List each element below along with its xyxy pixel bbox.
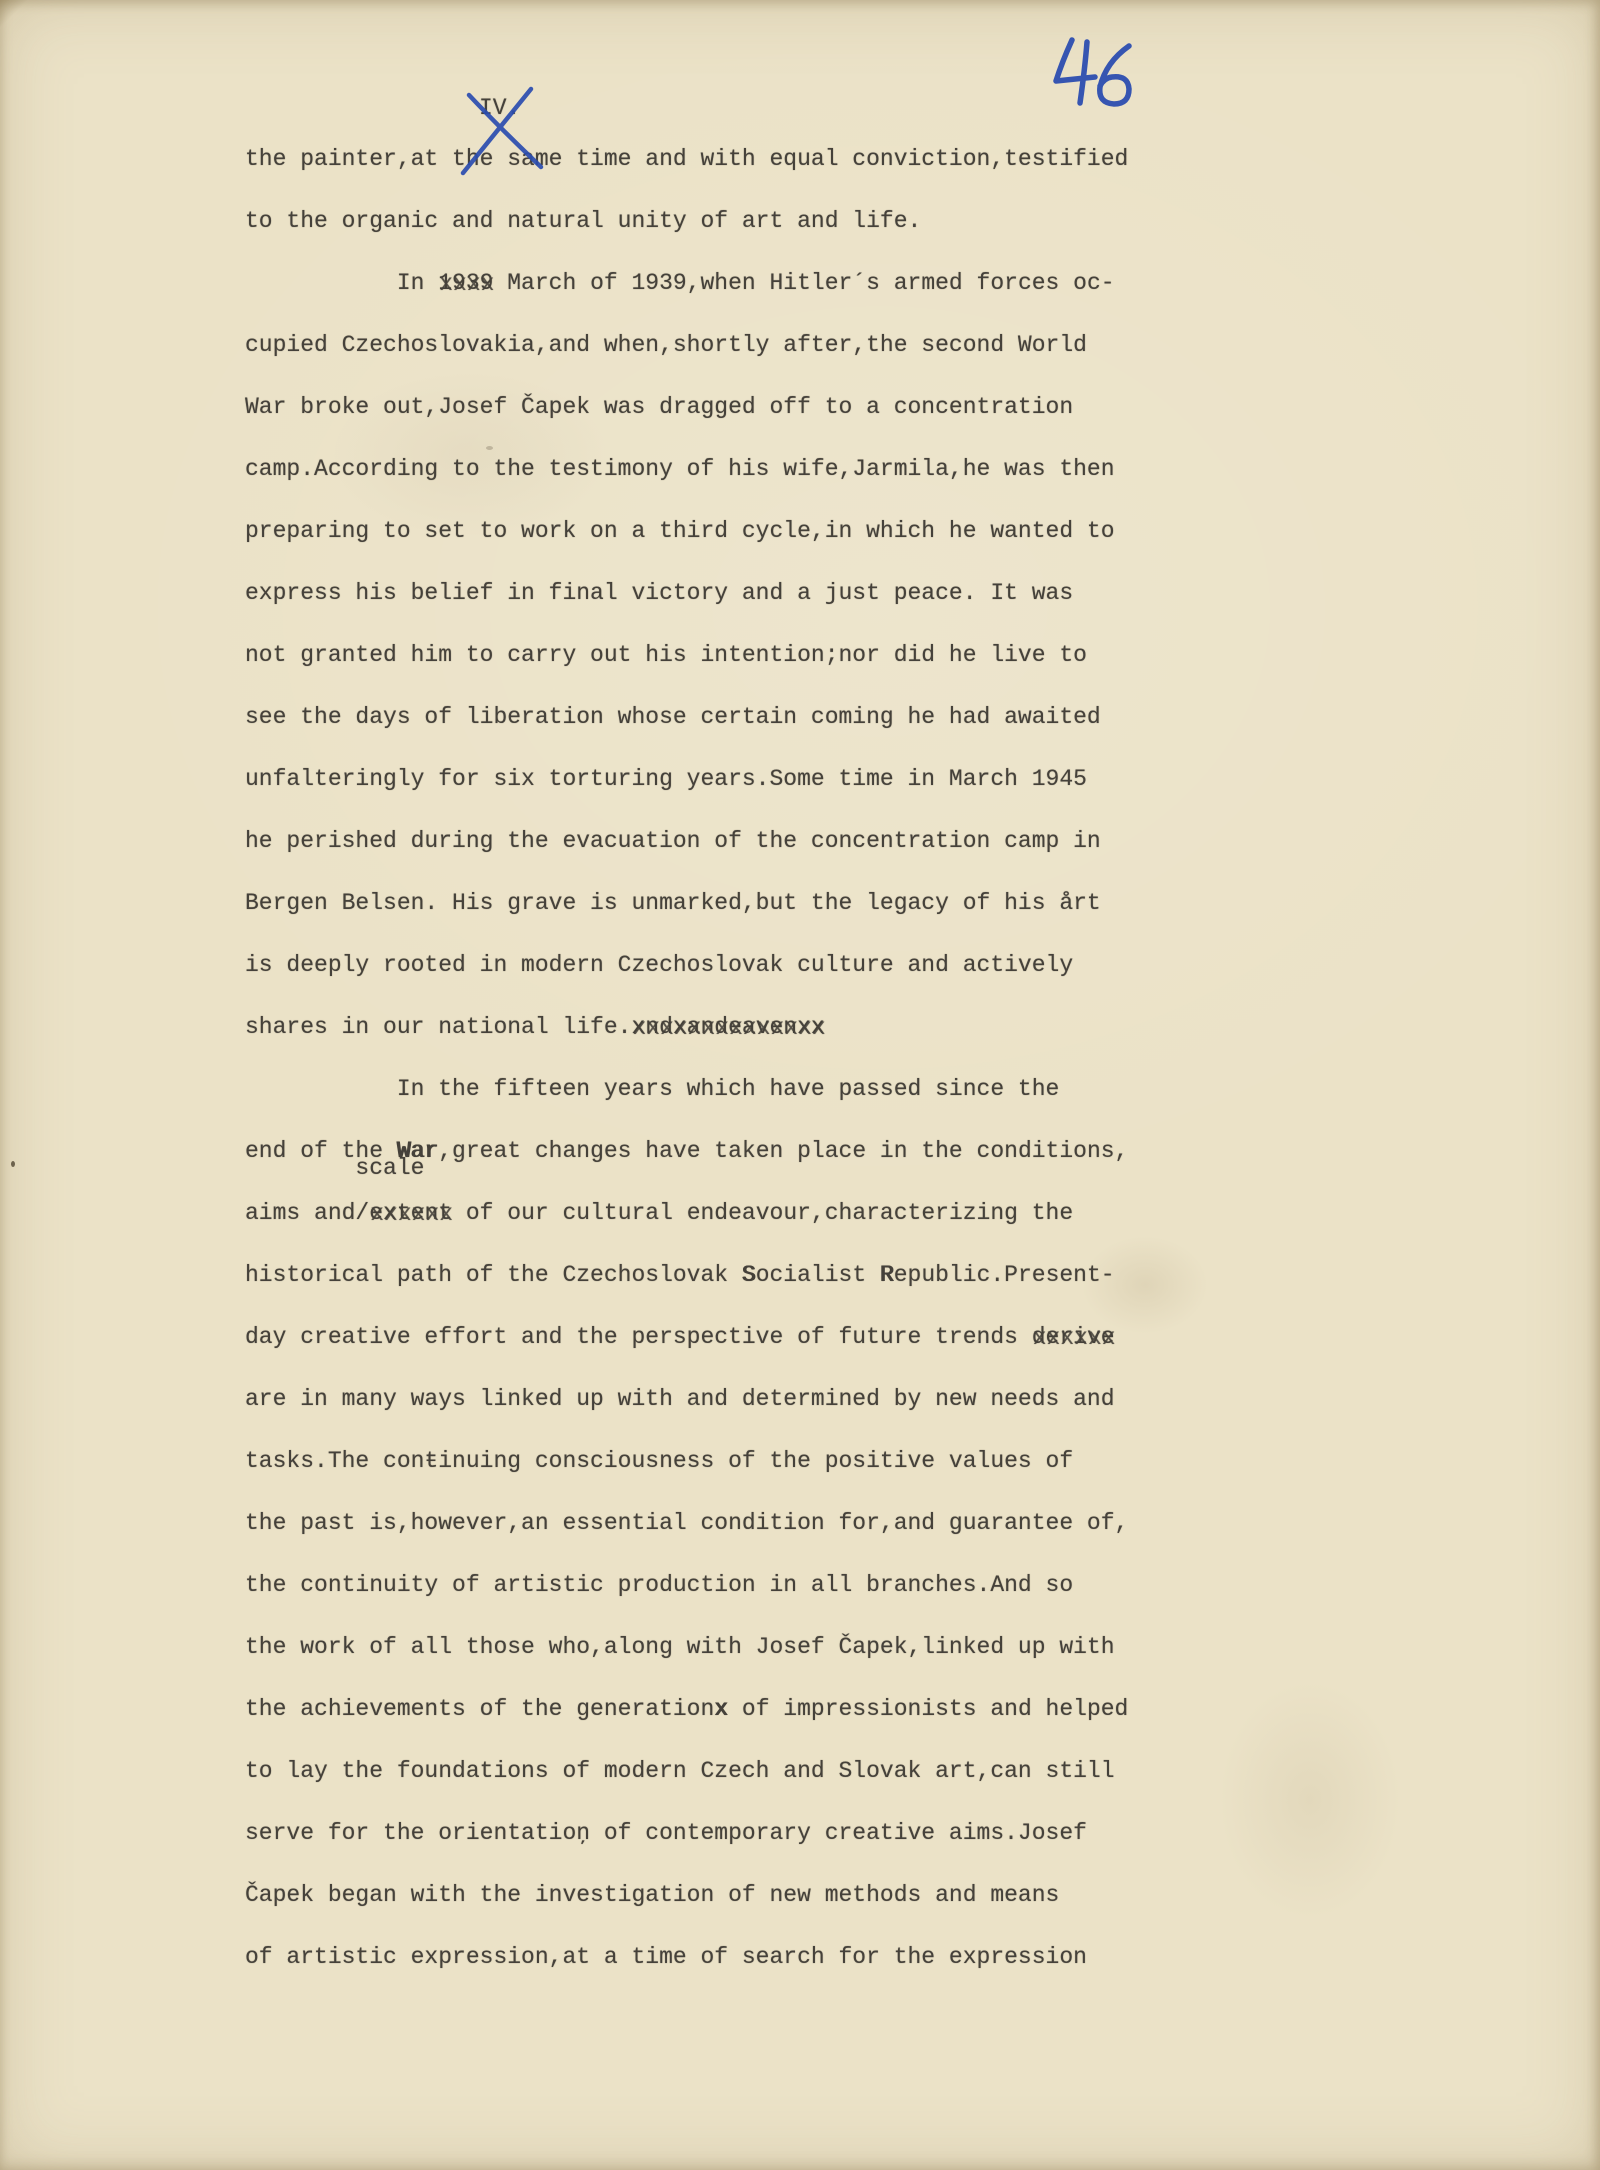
typed-strikeout: 1939 xyxy=(438,252,493,314)
text-line: preparing to set to work on a third cycl… xyxy=(245,500,1128,562)
text-line: historical path of the Czechoslovak Soci… xyxy=(245,1244,1128,1306)
text-line: the work of all those who,along with Jos… xyxy=(245,1616,1128,1678)
text-line: Bergen Belsen. His grave is unmarked,but… xyxy=(245,872,1128,934)
typed-text: of our cultural endeavour,characterizing… xyxy=(452,1200,1073,1226)
typed-text: preparing to set to work on a third cycl… xyxy=(245,518,1115,544)
typed-text: tasks.The conŧinuing consciousness of th… xyxy=(245,1448,1073,1474)
typed-text: serve for the orientatioņ of contemporar… xyxy=(245,1820,1087,1846)
typed-text: to the organic and natural unity of art … xyxy=(245,208,921,234)
typed-text: not granted him to carry out his intenti… xyxy=(245,642,1087,668)
interlinear-insertion: scale xyxy=(245,1156,424,1180)
typed-text: he perished during the evacuation of the… xyxy=(245,828,1101,854)
typed-text: express his belief in final victory and … xyxy=(245,580,1073,606)
text-line: serve for the orientatioņ of contemporar… xyxy=(245,1802,1128,1864)
typed-text: ,great changes have taken place in the c… xyxy=(438,1138,1128,1164)
double-struck-text: S xyxy=(742,1262,756,1288)
text-line: not granted him to carry out his intenti… xyxy=(245,624,1128,686)
typed-text: the past is,however,an essential conditi… xyxy=(245,1510,1128,1536)
typed-text: to lay the foundations of modern Czech a… xyxy=(245,1758,1115,1784)
typed-text: are in many ways linked up with and dete… xyxy=(245,1386,1115,1412)
text-line: of artistic expression,at a time of sear… xyxy=(245,1926,1128,1988)
typed-text: the work of all those who,along with Jos… xyxy=(245,1634,1115,1660)
text-line: the painter,at the same time and with eq… xyxy=(245,128,1128,190)
text-line: see the days of liberation whose certain… xyxy=(245,686,1128,748)
typed-text: Bergen Belsen. His grave is unmarked,but… xyxy=(245,890,1101,916)
text-line: to the organic and natural unity of art … xyxy=(245,190,1128,252)
text-line: the achievements of the generationx of i… xyxy=(245,1678,1128,1740)
typed-strikeout: derive xyxy=(1032,1306,1115,1368)
typed-text: of artistic expression,at a time of sear… xyxy=(245,1944,1087,1970)
text-line: War broke out,Josef Čapek was dragged of… xyxy=(245,376,1128,438)
typed-text: of impressionists and helped xyxy=(728,1696,1128,1722)
typed-text: day creative effort and the perspective … xyxy=(245,1324,1032,1350)
text-line: camp.According to the testimony of his w… xyxy=(245,438,1128,500)
typed-text: Čapek began with the investigation of ne… xyxy=(245,1882,1059,1908)
text-line: scaleaims and/extent of our cultural end… xyxy=(245,1182,1128,1244)
text-line: he perished during the evacuation of the… xyxy=(245,810,1128,872)
text-line: to lay the foundations of modern Czech a… xyxy=(245,1740,1128,1802)
text-line: Čapek began with the investigation of ne… xyxy=(245,1864,1128,1926)
text-line: cupied Czechoslovakia,and when,shortly a… xyxy=(245,314,1128,376)
chapter-mark: IV. xyxy=(479,88,520,128)
text-line: tasks.The conŧinuing consciousness of th… xyxy=(245,1430,1128,1492)
typewritten-text: the painter,at the same time and with eq… xyxy=(245,128,1128,1988)
double-struck-text: R xyxy=(880,1262,894,1288)
typed-text: the continuity of artistic production in… xyxy=(245,1572,1073,1598)
double-struck-text: x xyxy=(714,1696,728,1722)
typed-text: March of 1939,when Hitler´s armed forces… xyxy=(493,270,1114,296)
typed-text: historical path of the Czechoslovak xyxy=(245,1262,742,1288)
text-line: the continuity of artistic production in… xyxy=(245,1554,1128,1616)
typed-text: In xyxy=(245,270,438,296)
typed-text: shares in our national life. xyxy=(245,1014,631,1040)
typed-text: the achievements of the generation xyxy=(245,1696,714,1722)
typed-text: camp.According to the testimony of his w… xyxy=(245,456,1115,482)
typed-text: aims and/ xyxy=(245,1200,369,1226)
typed-text: see the days of liberation whose certain… xyxy=(245,704,1101,730)
typed-strikeout: extent xyxy=(369,1182,452,1244)
text-line: day creative effort and the perspective … xyxy=(245,1306,1128,1368)
text-line: shares in our national life.xndxandeaven… xyxy=(245,996,1128,1058)
typed-text: unfalteringly for six torturing years.So… xyxy=(245,766,1087,792)
text-line: express his belief in final victory and … xyxy=(245,562,1128,624)
typed-text: War broke out,Josef Čapek was dragged of… xyxy=(245,394,1073,420)
paper-speck xyxy=(11,1161,15,1167)
typed-text: is deeply rooted in modern Czechoslovak … xyxy=(245,952,1073,978)
text-line: is deeply rooted in modern Czechoslovak … xyxy=(245,934,1128,996)
text-line: In the fifteen years which have passed s… xyxy=(245,1058,1128,1120)
typed-strikeout: xndxandeavenxx xyxy=(631,996,824,1058)
text-line: unfalteringly for six torturing years.So… xyxy=(245,748,1128,810)
typed-text: the painter,at the same time and with eq… xyxy=(245,146,1128,172)
text-line: In 1939 March of 1939,when Hitler´s arme… xyxy=(245,252,1128,314)
text-line: the past is,however,an essential conditi… xyxy=(245,1492,1128,1554)
text-line: are in many ways linked up with and dete… xyxy=(245,1368,1128,1430)
typed-text: cupied Czechoslovakia,and when,shortly a… xyxy=(245,332,1087,358)
typed-text: ocialist xyxy=(756,1262,880,1288)
typed-text: epublic.Present- xyxy=(894,1262,1115,1288)
typed-text: In the fifteen years which have passed s… xyxy=(245,1076,1059,1102)
